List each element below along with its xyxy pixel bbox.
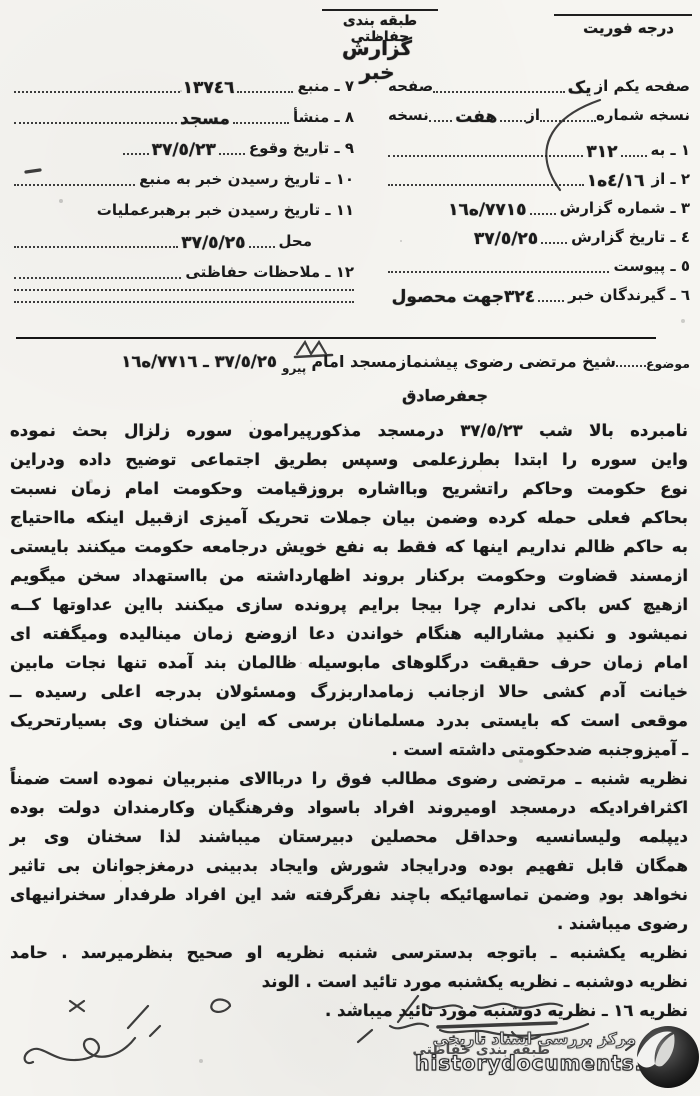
opinion-saturday-line: نظریه شنبه ـ مرتضی رضوی مطالب فوق را درب… <box>10 764 688 793</box>
dotted-leader <box>14 301 354 303</box>
watermark-website: historydocuments.ir <box>415 1051 662 1075</box>
field-label: ١٠ ـ تاریخ رسیدن خبر به منبع <box>135 169 354 190</box>
body-line: خیانت آدم کشی حالا ازجانب زمامداربزرگ وم… <box>10 677 688 706</box>
subject-line: موضوع شیخ مرتضی رضوی پیشنمازمسجد امام پی… <box>6 352 690 371</box>
urgency-label: درجه فوریت <box>583 19 674 37</box>
dotted-leader <box>237 91 293 93</box>
field-label: ٤ ـ تاریخ گزارش <box>567 227 690 248</box>
field-row-from: ٢ ـ از ١ه٤/١٦ <box>388 169 690 190</box>
body-line: امام زمان حرف حقیقت درگلوهای مابوسیله ظا… <box>10 648 688 677</box>
field-label: ٣ ـ شماره گزارش <box>556 198 690 219</box>
field-row-location: محل ٣٧/٥/٢٥ <box>14 231 354 252</box>
opinion-monday-line: نظریه دوشنبه ـ نظریه یکشنبه مورد تائید ا… <box>10 967 688 996</box>
body-line: نوع حکومت وحاکم راتشریح وبااشاره بروزقیا… <box>10 474 688 503</box>
watermark-organization: مرکز بررسی اسناد تاریخی <box>433 1030 636 1048</box>
dotted-leader <box>14 91 180 93</box>
field-row-recipients: ٦ ـ گیرندگان خبر ٣٢٤جهت محصول <box>388 285 690 306</box>
copy-line-prefix: نسخه شماره <box>596 105 690 126</box>
field-label: محل <box>275 231 313 252</box>
dotted-leader <box>14 289 354 291</box>
field-value: ٣٧/٥/٢٥ <box>178 233 248 254</box>
body-line: دیپلمه ولیسانسیه وحداقل محصلین دبیرستان … <box>10 822 688 851</box>
field-value: ١٣٧٤٦ <box>180 78 238 99</box>
classification-overline <box>322 9 438 11</box>
subject-text: شیخ مرتضی رضوی پیشنمازمسجد امام <box>311 352 616 371</box>
subject-label: موضوع <box>646 356 690 371</box>
body-line: اکثرافرادیکه درمسجد اومیروند افراد باسوا… <box>10 793 688 822</box>
field-label: ٨ ـ منشأ <box>289 107 354 128</box>
field-row-report-number: ٣ ـ شماره گزارش ١٦ه/٧٧١٥ <box>388 198 690 219</box>
field-value: ١ه٤/١٦ <box>584 171 648 192</box>
field-label: ١ ـ به <box>647 140 690 161</box>
body-line: بحاکم فعلی حمله کرده وضمن بیان جملات تحر… <box>10 503 688 532</box>
field-value: ١٦ه/٧٧١٥ <box>445 200 530 221</box>
dotted-leader <box>14 122 177 124</box>
field-value: ٣٧/٥/٢٣ <box>149 140 219 161</box>
dotted-leader <box>14 246 178 248</box>
copy-number-row: نسخه شماره از هفت نسخه <box>388 105 690 126</box>
blank-dotted-row <box>14 293 354 295</box>
field-row-date-to-ops-leader: ١١ ـ تاریخ رسیدن خبر برهبرعملیات <box>14 200 354 221</box>
body-line: همگان قابل تفهیم بوده ودرایجاد شورش وایج… <box>10 851 688 880</box>
copy-count-value: هفت <box>452 107 500 128</box>
field-label: ١٢ ـ ملاحظات حفاظتی <box>181 262 354 283</box>
dotted-leader <box>500 120 526 122</box>
subject-followup-label: پیرو <box>282 361 306 375</box>
blank-dotted-row <box>14 305 354 307</box>
dotted-leader <box>433 91 564 93</box>
dotted-leader <box>233 122 289 124</box>
dotted-leader <box>530 213 556 215</box>
dotted-leader <box>14 277 181 279</box>
field-label: ٥ ـ پیوست <box>609 256 690 277</box>
report-body: نامبرده بالا شب ٣٧/٥/٢٣ درمسجد مذکورپیرا… <box>10 416 688 1025</box>
page-count-value: یک <box>565 78 595 99</box>
field-row-report-date: ٤ ـ تاریخ گزارش ٣٧/٥/٢٥ <box>388 227 690 248</box>
dotted-leader <box>249 246 275 248</box>
body-line: موقعی است که بایستی بدرد مسلمانان برسی ک… <box>10 706 688 735</box>
body-line: رضوی میباشند . <box>10 909 688 938</box>
field-row-security-remarks: ١٢ ـ ملاحظات حفاظتی <box>14 262 354 283</box>
field-row-date-to-source: ١٠ ـ تاریخ رسیدن خبر به منبع <box>14 169 354 190</box>
page-line-prefix: صفحه یکم از <box>594 76 690 97</box>
dotted-leader <box>388 155 583 157</box>
body-line: نامبرده بالا شب ٣٧/٥/٢٣ درمسجد مذکورپیرا… <box>10 416 688 445</box>
form-fields-right: صفحه یکم از یک صفحه نسخه شماره از هفت نس… <box>388 76 690 314</box>
dotted-leader <box>388 184 584 186</box>
dotted-leader <box>429 120 452 122</box>
scanned-report-page: درجه فوریت طبقه بندی حفاظتی گزارش خبر صف… <box>0 0 700 1096</box>
dotted-leader <box>123 153 149 155</box>
watermark-logo-book-icon <box>632 1022 700 1092</box>
field-row-attachment: ٥ ـ پیوست <box>388 256 690 277</box>
dotted-leader <box>540 120 596 122</box>
field-label: ٧ ـ منبع <box>293 76 354 97</box>
dotted-leader <box>621 155 647 157</box>
copy-line-mid: از <box>526 105 540 126</box>
field-value: مسجد <box>177 109 233 130</box>
subject-reference-number: ١٦ه/٧٧١٦ ـ ٣٧/٥/٢٥ <box>121 352 277 371</box>
source-codename: جعفرصادق <box>402 386 488 405</box>
body-line: نمیشود و نکنید مشارالیه هنگام خواندن دعا… <box>10 619 688 648</box>
field-row-origin: ٨ ـ منشأ مسجد <box>14 107 354 128</box>
dotted-leader <box>14 184 135 186</box>
field-value: ٣٧/٥/٢٥ <box>471 229 541 250</box>
field-row-to: ١ ـ به ٣١٢ <box>388 140 690 161</box>
field-row-occurrence-date: ٩ ـ تاریخ وقوع ٣٧/٥/٢٣ <box>14 138 354 159</box>
body-line: به حاکم ظالم نداریم اینها که فقط به نفع … <box>10 532 688 561</box>
body-line: نخواهد بود وضمن تماسهائیکه باچند نفرگرفت… <box>10 880 688 909</box>
paper-noise <box>0 0 2 2</box>
dotted-leader <box>616 365 646 367</box>
field-label: ٩ ـ تاریخ وقوع <box>245 138 354 159</box>
field-label: ١١ ـ تاریخ رسیدن خبر برهبرعملیات <box>93 200 354 221</box>
body-line: ـ آمیزوجنبه ضدحکومتی داشته است . <box>10 735 688 764</box>
section-divider-line <box>16 337 656 339</box>
urgency-overline <box>554 14 692 16</box>
field-value: ٣٢٤جهت محصول <box>389 287 538 308</box>
dotted-leader <box>388 271 609 273</box>
dotted-leader <box>541 242 567 244</box>
body-line: ازهیچ کس باکی ندارم چرا بیجا برایم پروند… <box>10 590 688 619</box>
field-label: ٦ ـ گیرندگان خبر <box>564 285 690 306</box>
body-line: ازمسند قضاوت وحکومت برکنار بروند اظهاردا… <box>10 561 688 590</box>
body-line: واین سوره را ابتدا بطرزعلمی وسپس بطریق ا… <box>10 445 688 474</box>
opinion-16-line: نظریه ١٦ ـ نظریه دوشنبه مورد تائید میباش… <box>10 996 688 1025</box>
field-label: ٢ ـ از <box>647 169 690 190</box>
page-count-row: صفحه یکم از یک صفحه <box>388 76 690 97</box>
field-value: ٣١٢ <box>583 142 620 163</box>
form-fields-left: ٧ ـ منبع ١٣٧٤٦ ٨ ـ منشأ مسجد ٩ ـ تاریخ و… <box>14 76 354 317</box>
field-row-source: ٧ ـ منبع ١٣٧٤٦ <box>14 76 354 97</box>
dotted-leader <box>538 300 564 302</box>
dotted-leader <box>219 153 245 155</box>
copy-line-suffix: نسخه <box>388 105 429 126</box>
page-line-suffix: صفحه <box>388 76 433 97</box>
opinion-sunday-line: نظریه یکشنبه ـ باتوجه بدسترسی شنبه نظریه… <box>10 938 688 967</box>
